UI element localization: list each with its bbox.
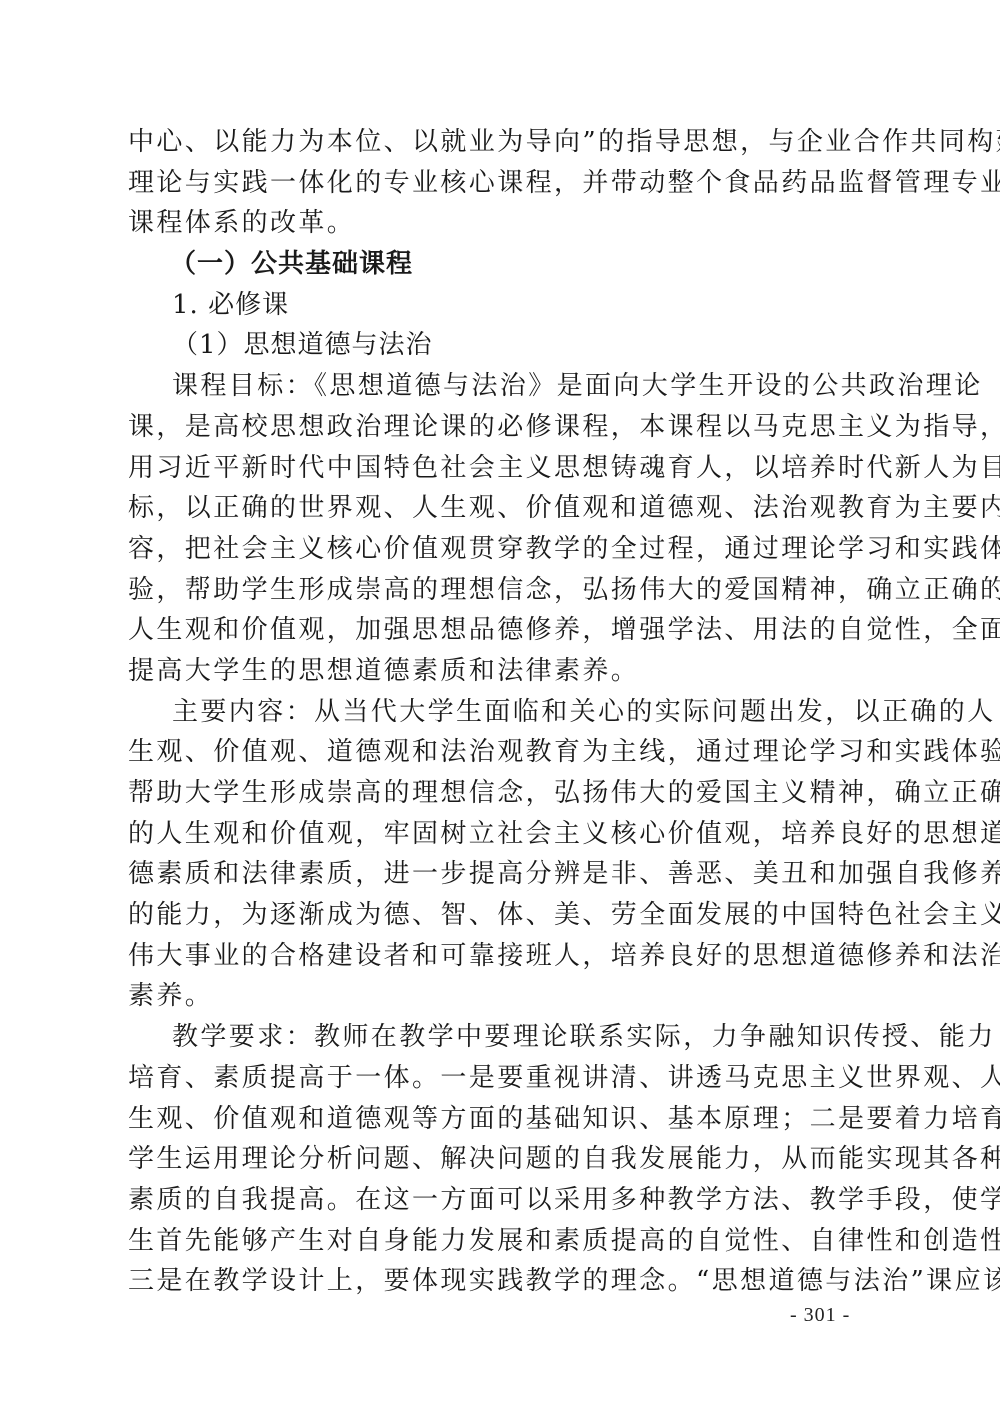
section-heading: （一）公共基础课程 <box>128 244 874 285</box>
paragraph-line: 的能力，为逐渐成为德、智、体、美、劳全面发展的中国特色社会主义 <box>128 895 874 936</box>
paragraph-line: 培育、素质提高于一体。一是要重视讲清、讲透马克思主义世界观、人 <box>128 1058 874 1099</box>
document-page: 中心、以能力为本位、以就业为导向”的指导思想，与企业合作共同构建 理论与实践一体… <box>128 122 874 1302</box>
paragraph-main-content: 主要内容：从当代大学生面临和关心的实际问题出发，以正确的人 生观、价值观、道德观… <box>128 692 874 1018</box>
paragraph-teaching-requirements: 教学要求：教师在教学中要理论联系实际，力争融知识传授、能力 培育、素质提高于一体… <box>128 1017 874 1302</box>
intro-line: 课程体系的改革。 <box>128 203 874 244</box>
paragraph-line: 伟大事业的合格建设者和可靠接班人，培养良好的思想道德修养和法治 <box>128 936 874 977</box>
paragraph-line: 素质的自我提高。在这一方面可以采用多种教学方法、教学手段，使学 <box>128 1180 874 1221</box>
paragraph-line: 德素质和法律素质，进一步提高分辨是非、善恶、美丑和加强自我修养 <box>128 854 874 895</box>
paragraph-course-objective: 课程目标：《思想道德与法治》是面向大学生开设的公共政治理论 课，是高校思想政治理… <box>128 366 874 692</box>
paragraph-line: 提高大学生的思想道德素质和法律素养。 <box>128 651 874 692</box>
subsection-heading: 1. 必修课 <box>128 285 874 326</box>
paragraph-line: 生首先能够产生对自身能力发展和素质提高的自觉性、自律性和创造性。 <box>128 1221 874 1262</box>
paragraph-line: 课程目标：《思想道德与法治》是面向大学生开设的公共政治理论 <box>128 366 874 407</box>
paragraph-line: 学生运用理论分析问题、解决问题的自我发展能力，从而能实现其各种 <box>128 1139 874 1180</box>
intro-line: 中心、以能力为本位、以就业为导向”的指导思想，与企业合作共同构建 <box>128 122 874 163</box>
intro-line: 理论与实践一体化的专业核心课程，并带动整个食品药品监督管理专业 <box>128 163 874 204</box>
page-number: - 301 - <box>790 1304 850 1327</box>
paragraph-line: 帮助大学生形成崇高的理想信念，弘扬伟大的爱国主义精神，确立正确 <box>128 773 874 814</box>
paragraph-line: 教学要求：教师在教学中要理论联系实际，力争融知识传授、能力 <box>128 1017 874 1058</box>
paragraph-line: 生观、价值观和道德观等方面的基础知识、基本原理；二是要着力培育 <box>128 1099 874 1140</box>
paragraph-line: 素养。 <box>128 976 874 1017</box>
paragraph-line: 用习近平新时代中国特色社会主义思想铸魂育人，以培养时代新人为目 <box>128 448 874 489</box>
paragraph-line: 的人生观和价值观，牢固树立社会主义核心价值观，培养良好的思想道 <box>128 814 874 855</box>
paragraph-line: 课，是高校思想政治理论课的必修课程，本课程以马克思主义为指导， <box>128 407 874 448</box>
paragraph-line: 标，以正确的世界观、人生观、价值观和道德观、法治观教育为主要内 <box>128 488 874 529</box>
paragraph-line: 容，把社会主义核心价值观贯穿教学的全过程，通过理论学习和实践体 <box>128 529 874 570</box>
paragraph-line: 主要内容：从当代大学生面临和关心的实际问题出发，以正确的人 <box>128 692 874 733</box>
paragraph-line: 生观、价值观、道德观和法治观教育为主线，通过理论学习和实践体验， <box>128 732 874 773</box>
paragraph-line: 人生观和价值观，加强思想品德修养，增强学法、用法的自觉性，全面 <box>128 610 874 651</box>
course-heading: （1）思想道德与法治 <box>128 325 874 366</box>
paragraph-line: 三是在教学设计上，要体现实践教学的理念。“思想道德与法治”课应该 <box>128 1261 874 1302</box>
paragraph-line: 验，帮助学生形成崇高的理想信念，弘扬伟大的爱国精神，确立正确的 <box>128 570 874 611</box>
